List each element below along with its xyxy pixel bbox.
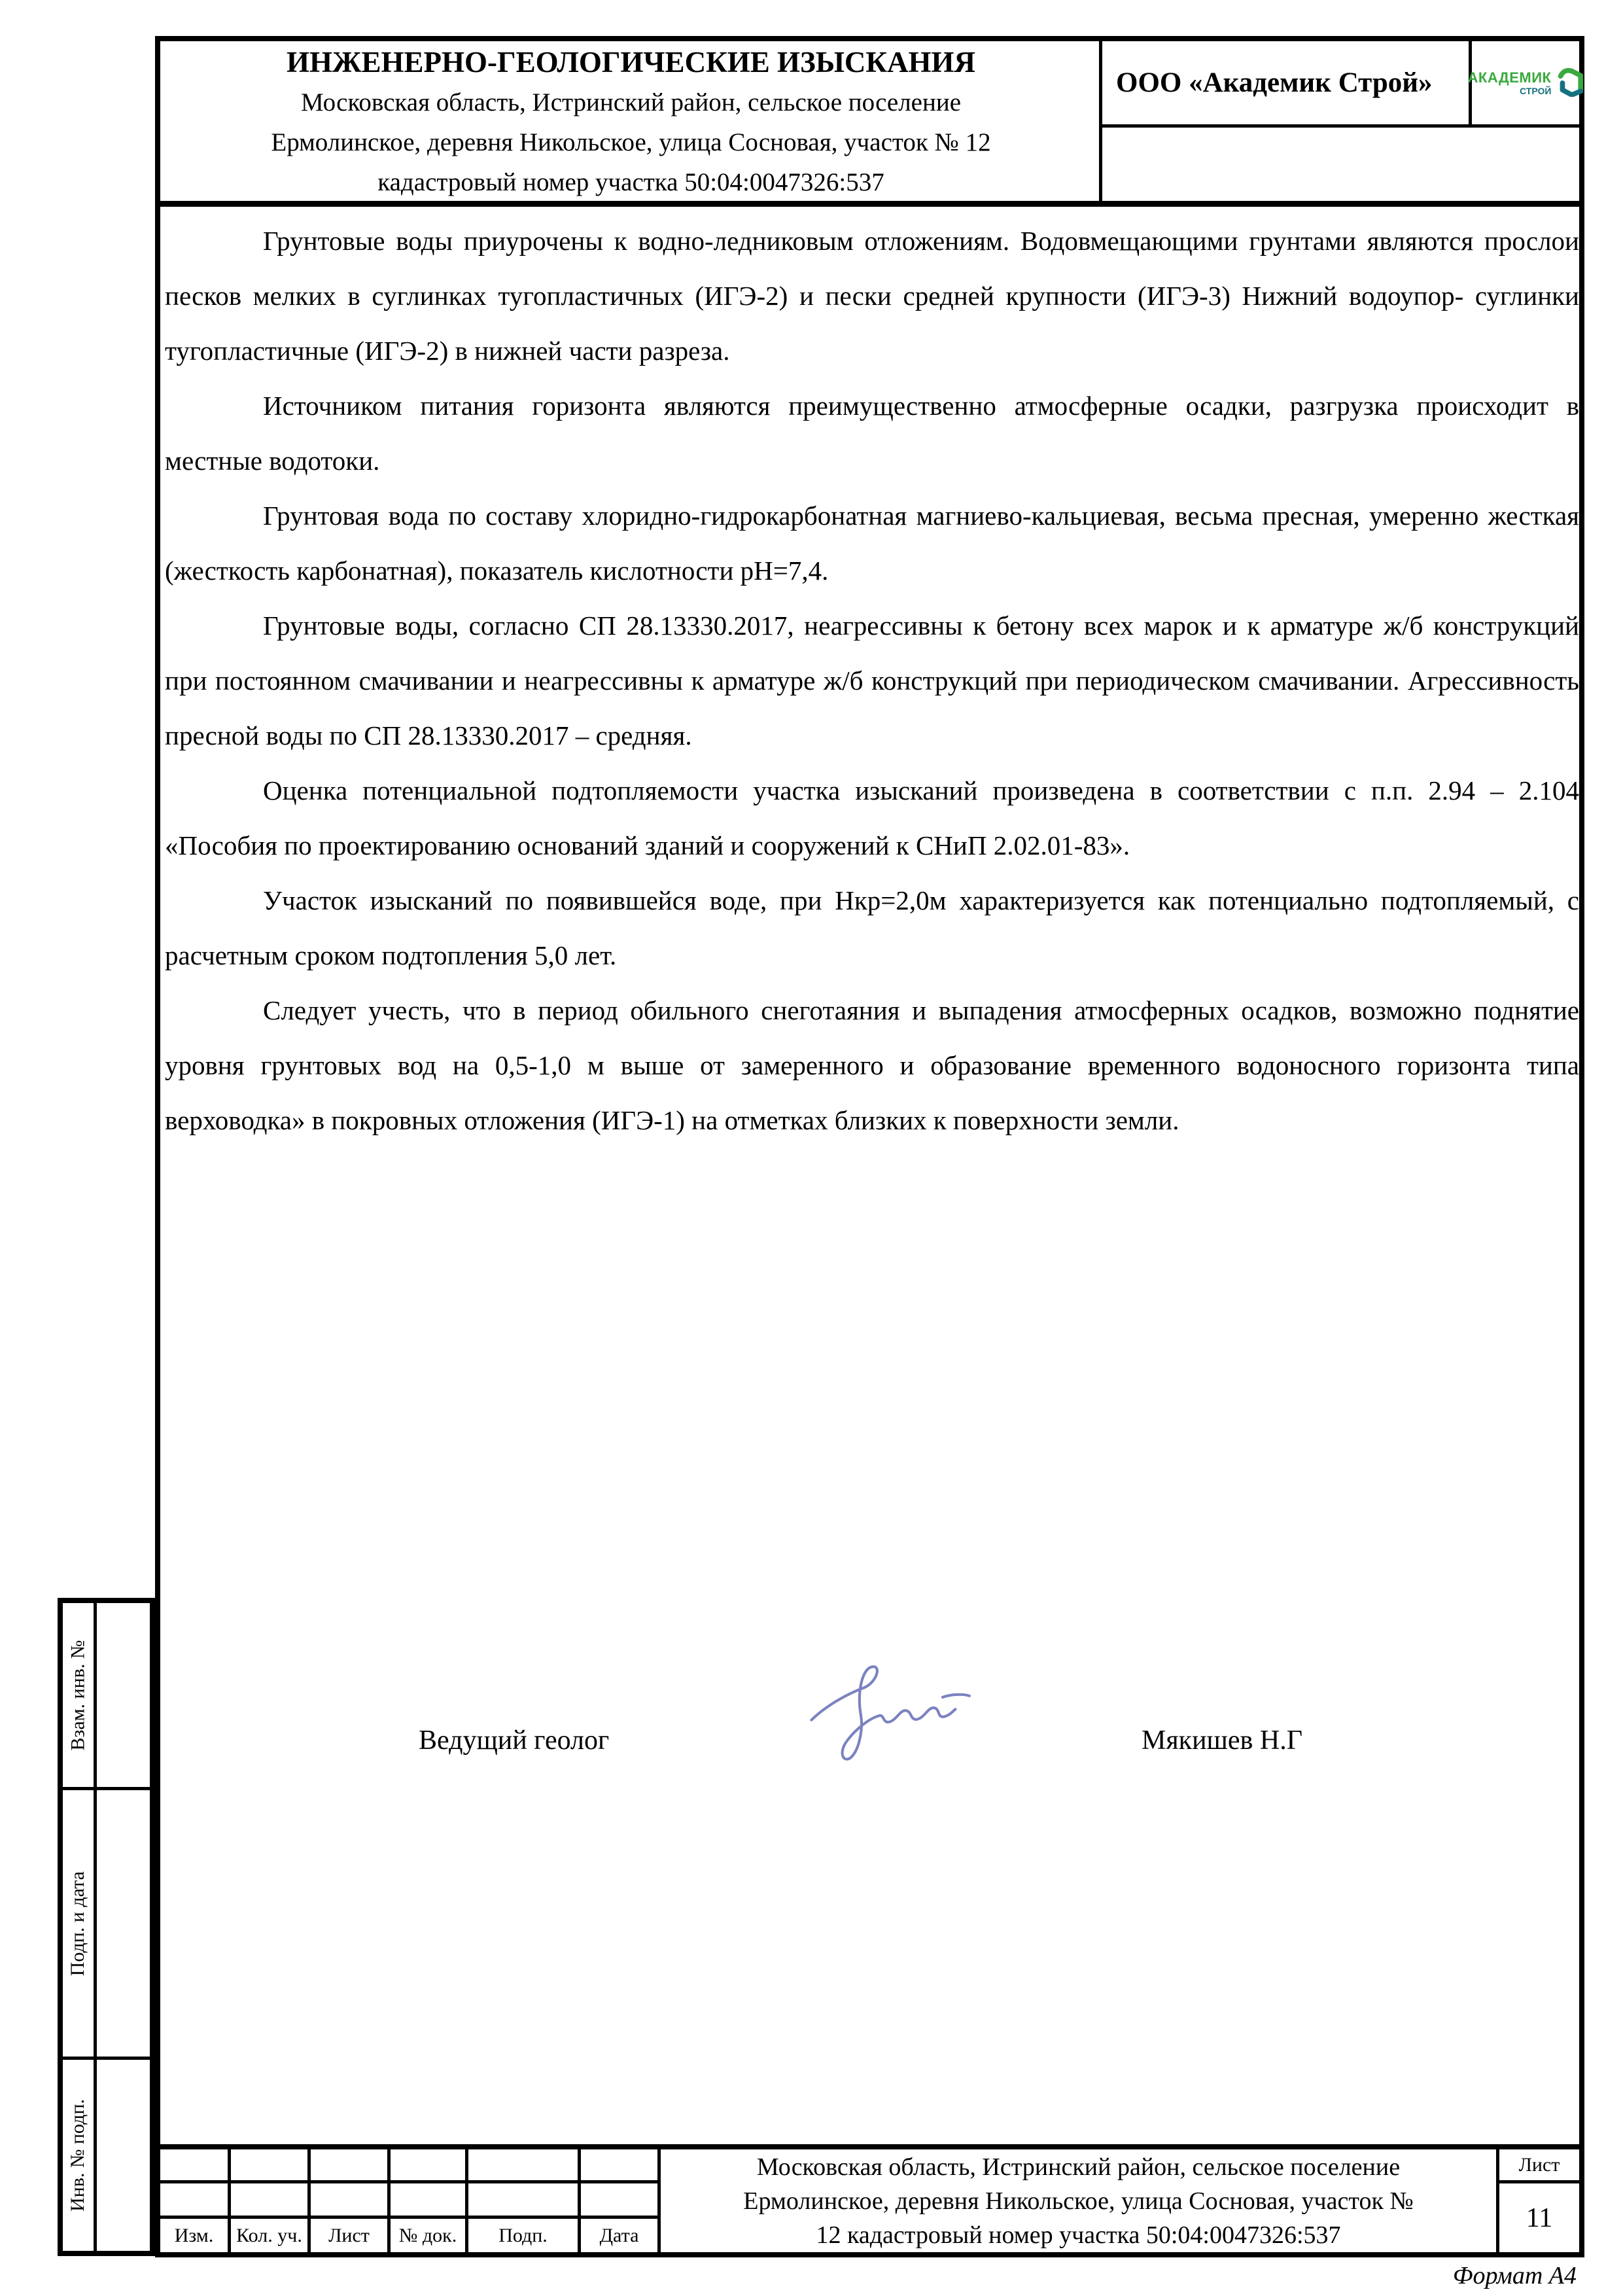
signatory-name: Мякишев Н.Г: [1142, 1725, 1302, 1756]
sidebar-cell-vzam-inv: Взам. инв. №: [63, 1603, 97, 1790]
project-address-cell: Московская область, Истринский район, се…: [661, 2149, 1499, 2252]
column-header-kol-uch: Кол. уч.: [231, 2219, 311, 2252]
empty-cell: [468, 2183, 581, 2219]
signatory-role: Ведущий геолог: [419, 1725, 609, 1756]
column-header-no-dok: № док.: [391, 2219, 468, 2252]
title-block-table: Изм. Кол. уч. Лист № док. Подп. Дата Мос…: [155, 2144, 1584, 2257]
empty-cell: [160, 2183, 231, 2219]
site-address-line: Московская область, Истринский район, се…: [165, 82, 1097, 122]
empty-cell: [231, 2149, 311, 2183]
empty-cell: [97, 1603, 150, 1790]
left-title-strip: Взам. инв. № Подп. и дата Инв. № подп.: [58, 1598, 155, 2256]
project-address-line: Ермолинское, деревня Никольское, улица С…: [743, 2184, 1413, 2218]
logo-word-akademik: АКАДЕМИК: [1468, 71, 1552, 85]
sidebar-label: Подп. и дата: [67, 1871, 90, 1975]
project-address-line: Московская область, Истринский район, се…: [757, 2150, 1400, 2184]
company-name: ООО «Академик Строй»: [1107, 41, 1465, 124]
empty-cell: [581, 2183, 661, 2219]
logo-word-stroy: СТРОЙ: [1520, 86, 1551, 96]
empty-cell: [97, 2060, 150, 2251]
paragraph: Источником питания горизонта являются пр…: [165, 378, 1579, 488]
paragraph: Грунтовые воды, согласно СП 28.13330.201…: [165, 598, 1579, 763]
empty-cell: [97, 1790, 150, 2060]
sidebar-label: Инв. № подп.: [67, 2099, 90, 2212]
handwritten-signature: [799, 1654, 973, 1778]
document-title: ИНЖЕНЕРНО-ГЕОЛОГИЧЕСКИЕ ИЗЫСКАНИЯ: [165, 42, 1097, 82]
column-header-list: Лист: [311, 2219, 391, 2252]
paragraph: Следует учесть, что в период обильного с…: [165, 983, 1579, 1148]
site-address-line: Ермолинское, деревня Никольское, улица С…: [165, 122, 1097, 162]
cadastral-number-line: кадастровый номер участка 50:04:0047326:…: [165, 162, 1097, 202]
empty-cell: [231, 2183, 311, 2219]
header-title-block: ИНЖЕНЕРНО-ГЕОЛОГИЧЕСКИЕ ИЗЫСКАНИЯ Москов…: [165, 42, 1097, 202]
paragraph: Грунтовая вода по составу хлоридно-гидро…: [165, 488, 1579, 598]
empty-cell: [581, 2149, 661, 2183]
empty-cell: [391, 2149, 468, 2183]
project-address-line: 12 кадастровый номер участка 50:04:00473…: [816, 2218, 1340, 2252]
sheet-number-cell: 11: [1499, 2183, 1579, 2252]
sidebar-label: Взам. инв. №: [67, 1640, 90, 1750]
format-label: Формат А4: [1367, 2261, 1577, 2290]
column-header-izm: Изм.: [160, 2219, 231, 2252]
logo-wordmark: АКАДЕМИК СТРОЙ: [1468, 71, 1552, 96]
paragraph: Грунтовые воды приурочены к водно-ледник…: [165, 213, 1579, 378]
report-text: Грунтовые воды приурочены к водно-ледник…: [165, 213, 1579, 1148]
sidebar-cell-inv-podp: Инв. № подп.: [63, 2060, 97, 2251]
empty-cell: [311, 2149, 391, 2183]
empty-cell: [311, 2183, 391, 2219]
paragraph: Участок изысканий по появившейся воде, п…: [165, 873, 1579, 983]
column-header-data: Дата: [581, 2219, 661, 2252]
paragraph: Оценка потенциальной подтопляемости учас…: [165, 763, 1579, 873]
empty-cell: [391, 2183, 468, 2219]
header-divider-vertical: [1099, 41, 1102, 201]
logo-house-icon: [1554, 65, 1584, 100]
company-logo: АКАДЕМИК СТРОЙ: [1473, 41, 1579, 124]
sheet-label-cell: Лист: [1499, 2149, 1579, 2183]
empty-cell: [468, 2149, 581, 2183]
company-divider-horizontal: [1099, 124, 1579, 128]
sidebar-cell-podp-data: Подп. и дата: [63, 1790, 97, 2060]
column-header-podp: Подп.: [468, 2219, 581, 2252]
document-page: ИНЖЕНЕРНО-ГЕОЛОГИЧЕСКИЕ ИЗЫСКАНИЯ Москов…: [0, 0, 1623, 2296]
empty-cell: [160, 2149, 231, 2183]
